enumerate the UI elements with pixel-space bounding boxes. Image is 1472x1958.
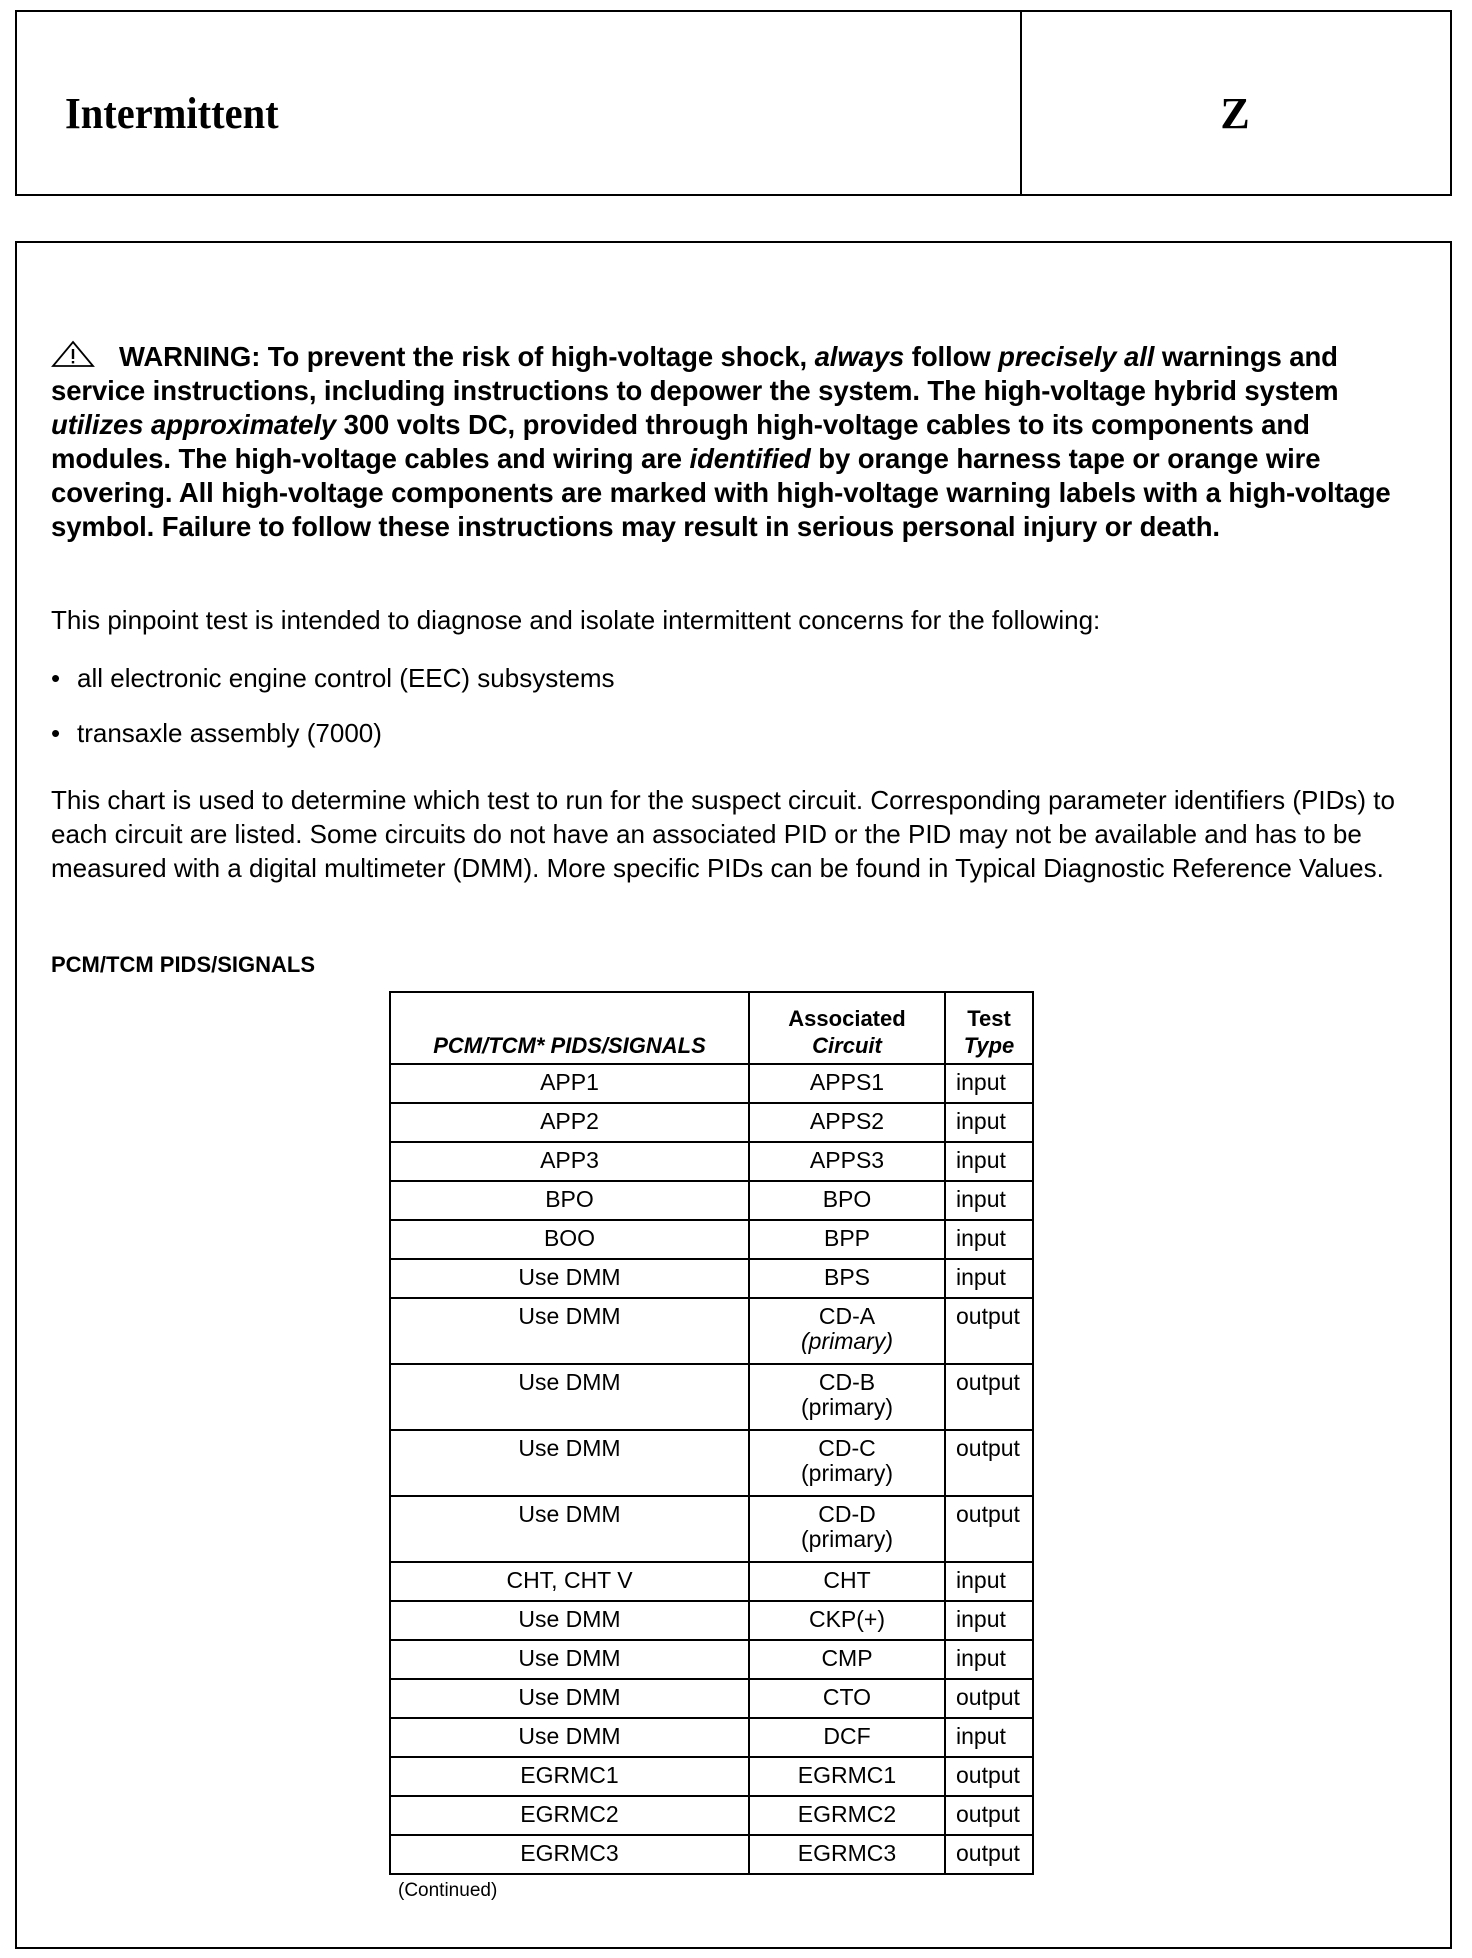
page-header: Intermittent Z: [15, 10, 1452, 196]
table-row: Use DMMCD-C(primary)output: [390, 1430, 1033, 1496]
circuit-cell: EGRMC2: [749, 1796, 945, 1835]
pid-cell: Use DMM: [390, 1496, 749, 1562]
bullet-item: •transaxle assembly (7000): [51, 717, 382, 749]
circuit-cell: CD-C(primary): [749, 1430, 945, 1496]
circuit-cell: CTO: [749, 1679, 945, 1718]
table-header-row: PCM/TCM* PIDS/SIGNALS AssociatedCircuit …: [390, 992, 1033, 1064]
circuit-cell: BPP: [749, 1220, 945, 1259]
table-heading: PCM/TCM PIDS/SIGNALS: [51, 952, 315, 978]
table-row: Use DMMCMPinput: [390, 1640, 1033, 1679]
table-row: EGRMC1EGRMC1output: [390, 1757, 1033, 1796]
pid-cell: APP2: [390, 1103, 749, 1142]
table-row: Use DMMCD-D(primary)output: [390, 1496, 1033, 1562]
circuit-cell: APPS3: [749, 1142, 945, 1181]
content-panel: WARNING: To prevent the risk of high-vol…: [15, 241, 1452, 1949]
test-type-cell: input: [945, 1640, 1033, 1679]
test-type-cell: output: [945, 1430, 1033, 1496]
table-row: APP2APPS2input: [390, 1103, 1033, 1142]
test-type-cell: input: [945, 1601, 1033, 1640]
table-row: BPOBPOinput: [390, 1181, 1033, 1220]
table-row: Use DMMCD-B(primary)output: [390, 1364, 1033, 1430]
test-type-cell: output: [945, 1679, 1033, 1718]
table-row: Use DMMDCFinput: [390, 1718, 1033, 1757]
section-letter: Z: [1020, 88, 1450, 139]
column-header-test-type: TestType: [945, 992, 1033, 1064]
warning-triangle-icon: [51, 340, 95, 368]
circuit-cell: EGRMC3: [749, 1835, 945, 1874]
pid-cell: Use DMM: [390, 1298, 749, 1364]
table-row: EGRMC3EGRMC3output: [390, 1835, 1033, 1874]
circuit-cell: CHT: [749, 1562, 945, 1601]
bullet-dot-icon: •: [51, 662, 77, 694]
test-type-cell: output: [945, 1796, 1033, 1835]
column-header-pids: PCM/TCM* PIDS/SIGNALS: [390, 992, 749, 1064]
pid-cell: Use DMM: [390, 1718, 749, 1757]
test-type-cell: input: [945, 1181, 1033, 1220]
table-row: CHT, CHT VCHTinput: [390, 1562, 1033, 1601]
test-type-cell: input: [945, 1064, 1033, 1103]
pid-cell: EGRMC3: [390, 1835, 749, 1874]
bullet-item: •all electronic engine control (EEC) sub…: [51, 662, 615, 694]
table-row: EGRMC2EGRMC2output: [390, 1796, 1033, 1835]
table-row: Use DMMCD-A(primary)output: [390, 1298, 1033, 1364]
circuit-cell: EGRMC1: [749, 1757, 945, 1796]
pid-cell: CHT, CHT V: [390, 1562, 749, 1601]
column-header-circuit: AssociatedCircuit: [749, 992, 945, 1064]
circuit-cell: BPS: [749, 1259, 945, 1298]
intro-text: This pinpoint test is intended to diagno…: [51, 604, 1100, 636]
table-row: BOOBPPinput: [390, 1220, 1033, 1259]
circuit-cell: BPO: [749, 1181, 945, 1220]
chart-description: This chart is used to determine which te…: [51, 783, 1431, 885]
pid-cell: BPO: [390, 1181, 749, 1220]
pid-cell: Use DMM: [390, 1259, 749, 1298]
circuit-cell: CD-D(primary): [749, 1496, 945, 1562]
test-type-cell: output: [945, 1298, 1033, 1364]
test-type-cell: output: [945, 1757, 1033, 1796]
circuit-cell: CD-A(primary): [749, 1298, 945, 1364]
test-type-cell: input: [945, 1259, 1033, 1298]
pid-cell: Use DMM: [390, 1430, 749, 1496]
circuit-cell: CMP: [749, 1640, 945, 1679]
pid-cell: Use DMM: [390, 1601, 749, 1640]
pid-cell: BOO: [390, 1220, 749, 1259]
pid-cell: Use DMM: [390, 1364, 749, 1430]
test-type-cell: output: [945, 1835, 1033, 1874]
circuit-cell: APPS1: [749, 1064, 945, 1103]
test-type-cell: output: [945, 1496, 1033, 1562]
test-type-cell: output: [945, 1364, 1033, 1430]
page-title: Intermittent: [65, 88, 279, 139]
pid-cell: EGRMC2: [390, 1796, 749, 1835]
table-row: Use DMMCKP(+)input: [390, 1601, 1033, 1640]
continued-note: (Continued): [398, 1880, 497, 1902]
table-row: APP1APPS1input: [390, 1064, 1033, 1103]
table-row: Use DMMBPSinput: [390, 1259, 1033, 1298]
circuit-cell: DCF: [749, 1718, 945, 1757]
pid-cell: Use DMM: [390, 1640, 749, 1679]
test-type-cell: input: [945, 1142, 1033, 1181]
test-type-cell: input: [945, 1718, 1033, 1757]
table-row: Use DMMCTOoutput: [390, 1679, 1033, 1718]
pid-cell: Use DMM: [390, 1679, 749, 1718]
warning-label: WARNING:: [119, 341, 260, 372]
pid-cell: EGRMC1: [390, 1757, 749, 1796]
pids-table: PCM/TCM* PIDS/SIGNALS AssociatedCircuit …: [389, 991, 1034, 1875]
warning-block: WARNING: To prevent the risk of high-vol…: [51, 340, 1431, 544]
table-row: APP3APPS3input: [390, 1142, 1033, 1181]
test-type-cell: input: [945, 1562, 1033, 1601]
circuit-cell: CKP(+): [749, 1601, 945, 1640]
bullet-dot-icon: •: [51, 717, 77, 749]
circuit-cell: APPS2: [749, 1103, 945, 1142]
pid-cell: APP1: [390, 1064, 749, 1103]
test-type-cell: input: [945, 1103, 1033, 1142]
pid-cell: APP3: [390, 1142, 749, 1181]
test-type-cell: input: [945, 1220, 1033, 1259]
circuit-cell: CD-B(primary): [749, 1364, 945, 1430]
